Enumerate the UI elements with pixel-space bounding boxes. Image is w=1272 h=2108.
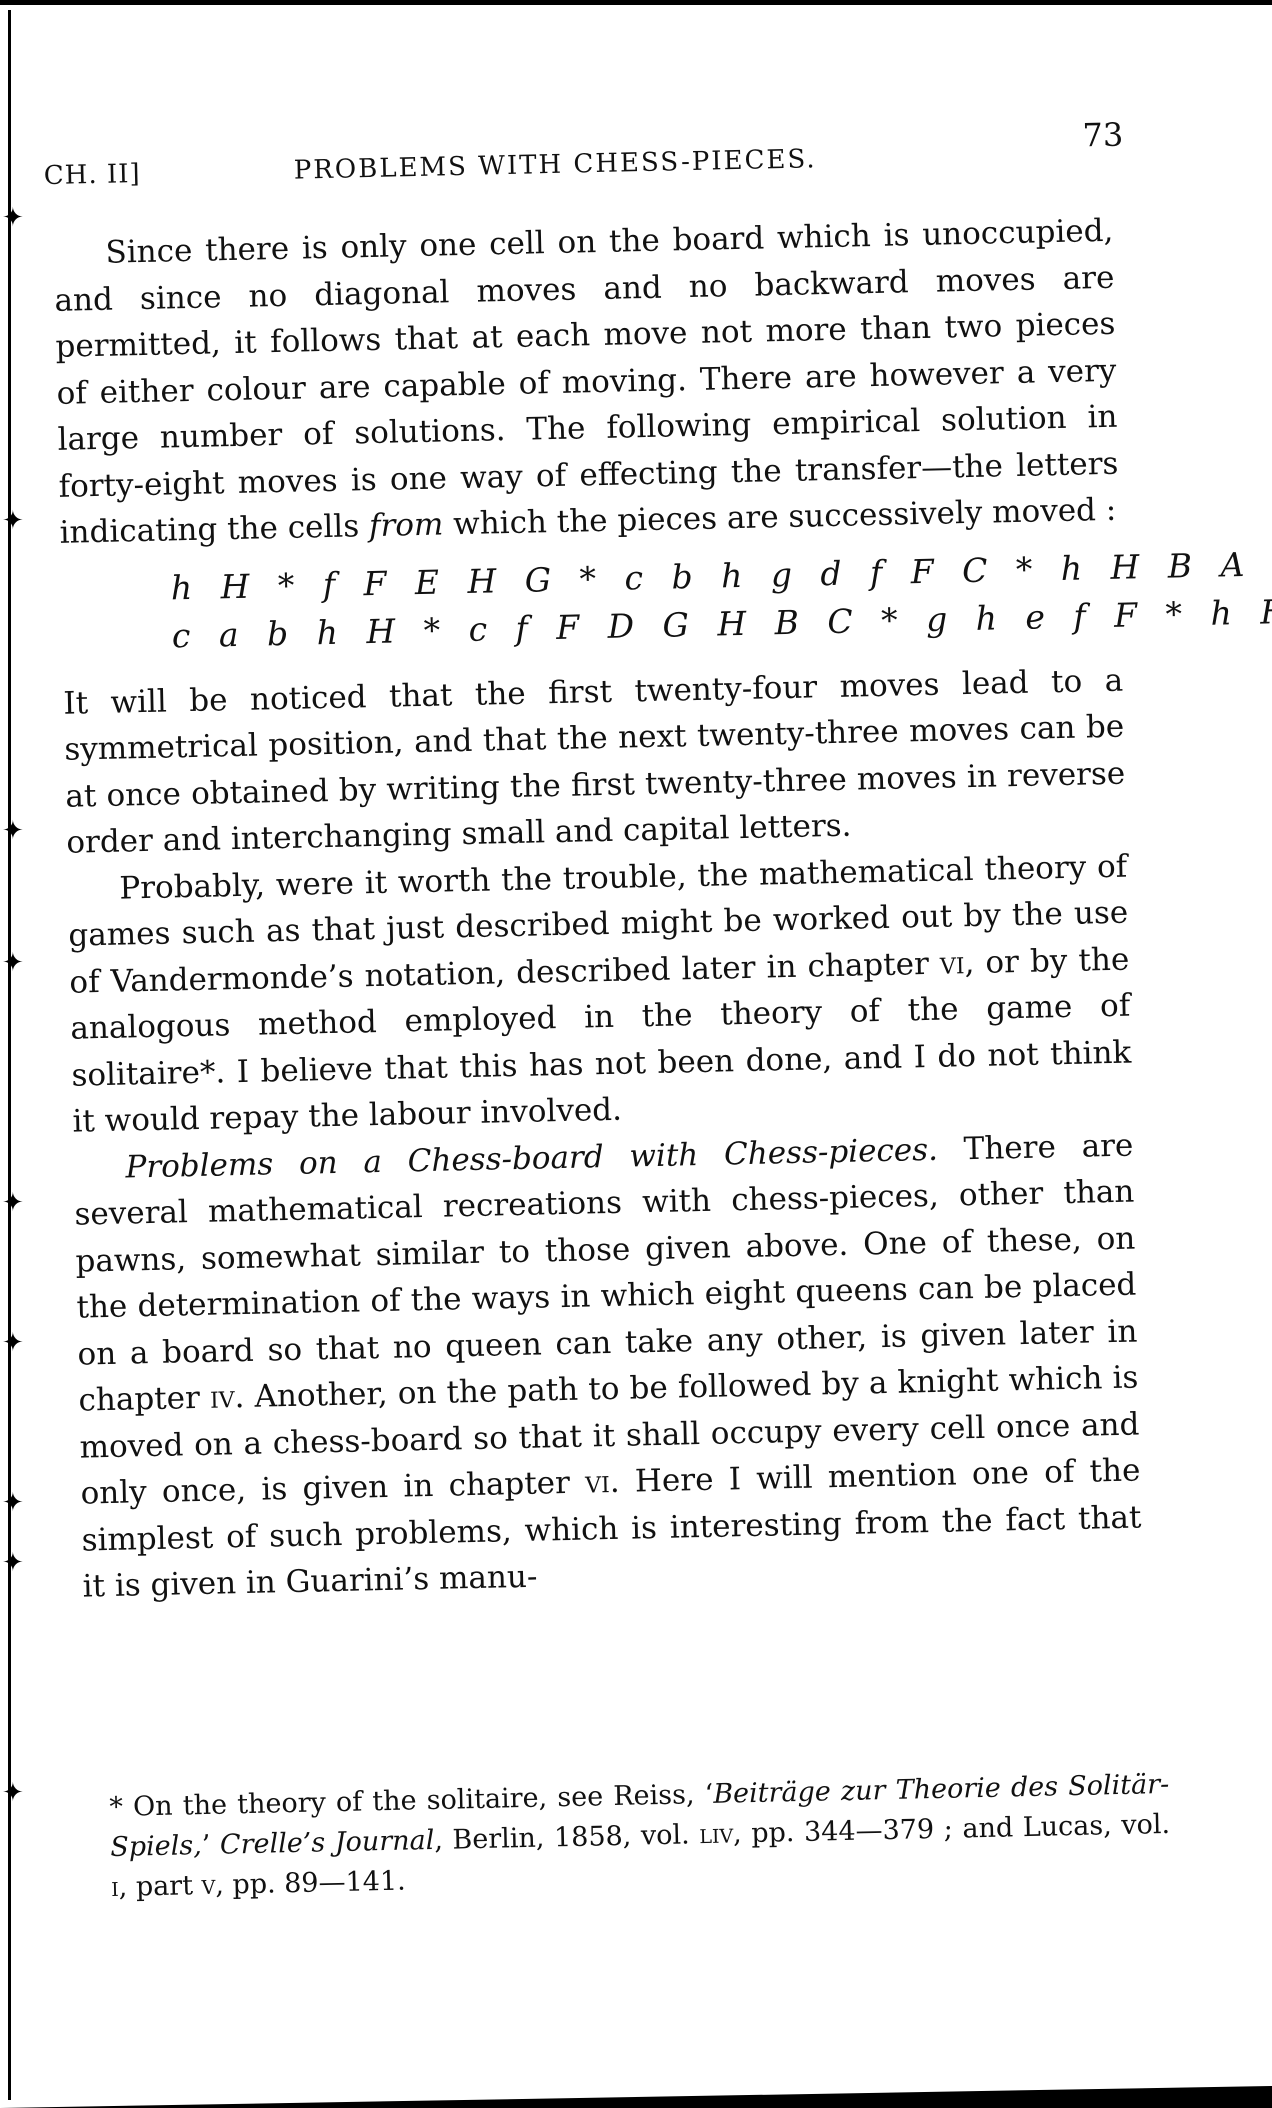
journal-name: Crelle’s Journal [220, 1825, 435, 1861]
margin-ornament-icon: ✦ [2, 1550, 24, 1576]
margin-ornament-icon: ✦ [2, 1190, 24, 1216]
volume-reference: liv [699, 1818, 734, 1850]
margin-ornament-icon: ✦ [2, 1490, 24, 1516]
part-reference: v [201, 1870, 215, 1901]
page-number: 73 [1082, 116, 1124, 155]
paragraph-3: Probably, were it worth the trouble, the… [67, 843, 1133, 1145]
chapter-reference: vi [585, 1464, 610, 1501]
running-header: CH. II] PROBLEMS WITH CHESS-PIECES. 73 [43, 116, 1124, 200]
paragraph-4: Problems on a Chess-board with Chess-pie… [73, 1122, 1143, 1610]
paragraph-1: Since there is only one cell on the boar… [53, 208, 1120, 557]
margin-ornament-icon: ✦ [2, 1780, 24, 1806]
chapter-reference: iv [210, 1379, 235, 1416]
footnote: * On the theory of the solitaire, see Re… [109, 1765, 1171, 1908]
paragraph-2: It will be noticed that the first twenty… [63, 657, 1127, 866]
chapter-reference: vi [939, 945, 964, 982]
emphasis-from: from [369, 506, 444, 544]
move-sequence: h H * f F E H G * c b h g d f F C * h H … [170, 543, 1122, 660]
book-page: CH. II] PROBLEMS WITH CHESS-PIECES. 73 S… [0, 0, 1272, 2107]
running-title: PROBLEMS WITH CHESS-PIECES. [293, 144, 816, 185]
chapter-label: CH. II] [44, 159, 141, 191]
body-text: Since there is only one cell on the boar… [53, 208, 1143, 1610]
margin-ornament-icon: ✦ [2, 1330, 24, 1356]
